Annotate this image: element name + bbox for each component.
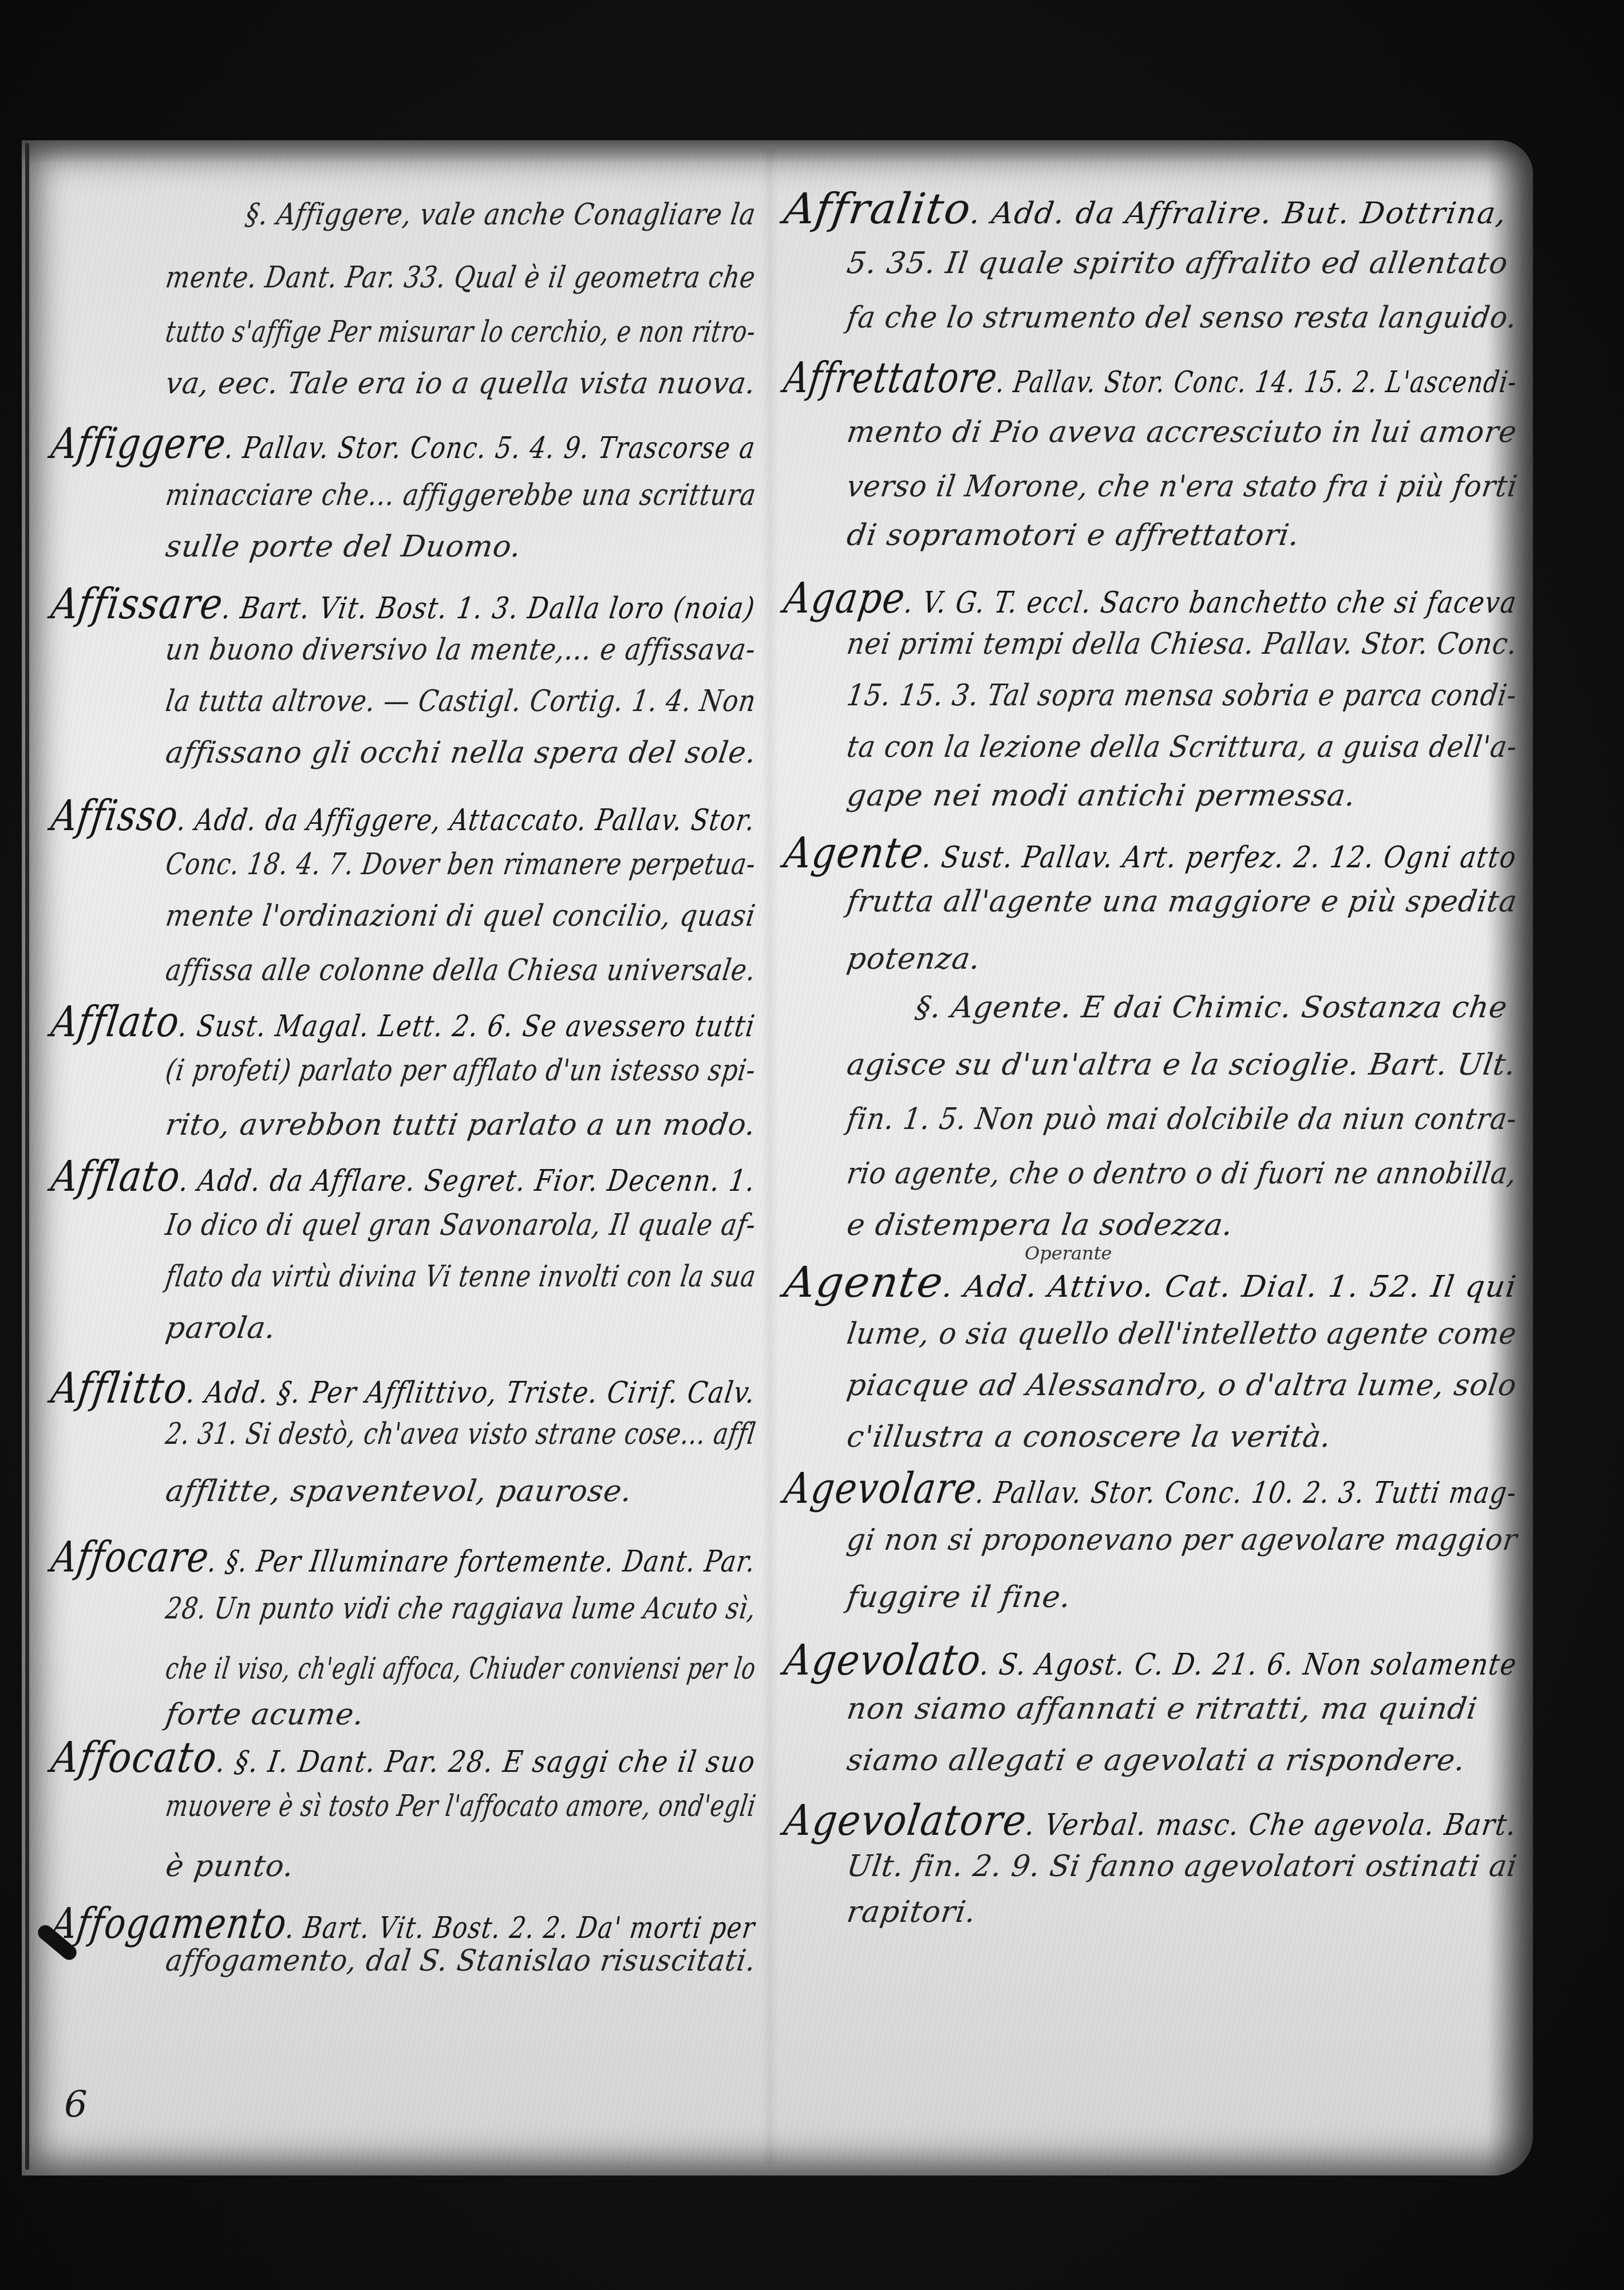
entry-headword-line: Agevolatore. Verbal. masc. Che agevola. … bbox=[781, 1798, 1521, 1848]
entry-headword-line: Agevolato. S. Agost. C. D. 21. 6. Non so… bbox=[781, 1637, 1521, 1688]
entry-text-line: forte acume. bbox=[164, 1697, 366, 1732]
entry-text-line: §. Agente. E dai Chimic. Sostanza che bbox=[914, 990, 1510, 1025]
entry-text-line: ta con la lezione della Scrittura, a gui… bbox=[845, 730, 1519, 764]
headword: Affocato bbox=[49, 1733, 221, 1782]
headword: Agevolare bbox=[781, 1464, 981, 1513]
headword: Affogamento bbox=[49, 1899, 291, 1948]
definition-text: . §. I. Dant. Par. 28. E saggi che il su… bbox=[214, 1745, 758, 1779]
definition-text: . S. Agost. C. D. 21. 6. Non solamente bbox=[978, 1648, 1519, 1682]
page-number: 6 bbox=[64, 2084, 88, 2126]
definition-text: . Pallav. Stor. Conc. 5. 4. 9. Trascorse… bbox=[223, 431, 758, 465]
left-margin-rule bbox=[25, 143, 29, 2170]
entry-text-line: gape nei modi antichi permessa. bbox=[845, 779, 1358, 813]
entry-headword-line: Affiggere. Pallav. Stor. Conc. 5. 4. 9. … bbox=[48, 421, 759, 471]
definition-text: . Pallav. Stor. Conc. 14. 15. 2. L'ascen… bbox=[994, 365, 1519, 400]
headword: Afflitto bbox=[49, 1364, 191, 1413]
entry-text-line: fin. 1. 5. Non può mai dolcibile da niun… bbox=[845, 1102, 1519, 1136]
definition-text: . Bart. Vit. Bost. 2. 2. Da' morti per bbox=[284, 1911, 757, 1945]
definition-text: . Add. da Affiggere, Attaccato. Pallav. … bbox=[175, 803, 757, 838]
definition-text: . Sust. Magal. Lett. 2. 6. Se avessero t… bbox=[177, 1009, 758, 1044]
definition-text: . Add. §. Per Afflittivo, Triste. Cirif.… bbox=[184, 1376, 758, 1410]
entry-text-line: non siamo affannati e ritratti, ma quind… bbox=[845, 1692, 1480, 1726]
entry-text-line: che il viso, ch'egli affoca, Chiuder con… bbox=[164, 1652, 758, 1686]
definition-text: . Bart. Vit. Bost. 1. 3. Dalla loro (noi… bbox=[220, 591, 757, 626]
entry-text-line: mento di Pio aveva accresciuto in lui am… bbox=[845, 415, 1519, 449]
entry-headword-line: Affocato. §. I. Dant. Par. 28. E saggi c… bbox=[48, 1735, 760, 1785]
headword: Affrettatore bbox=[781, 353, 1001, 402]
entry-text-line: gi non si proponevano per agevolare magg… bbox=[845, 1523, 1520, 1557]
entry-text-line: nei primi tempi della Chiesa. Pallav. St… bbox=[845, 627, 1520, 661]
headword: Agevolatore bbox=[781, 1796, 1030, 1845]
entry-text-line: siamo allegati e agevolati a rispondere. bbox=[845, 1743, 1468, 1778]
headword: Affralito bbox=[781, 184, 975, 234]
entry-text-line: fuggire il fine. bbox=[845, 1580, 1073, 1614]
headword: Agente bbox=[781, 1258, 947, 1307]
entry-text-line: c'illustra a conoscere la verità. bbox=[845, 1420, 1334, 1454]
headword: Agente bbox=[781, 828, 927, 878]
entry-headword-line: Afflato. Add. da Afflare. Segret. Fior. … bbox=[48, 1154, 760, 1204]
headword: Afflato bbox=[49, 997, 183, 1047]
entry-text-line: 28. Un punto vidi che raggiava lume Acut… bbox=[164, 1592, 758, 1626]
entry-headword-line: Agente. Sust. Pallav. Art. perfez. 2. 12… bbox=[781, 830, 1520, 881]
entry-headword-line: Affissare. Bart. Vit. Bost. 1. 3. Dalla … bbox=[48, 581, 759, 631]
entry-headword-line: Affocare. §. Per Illuminare fortemente. … bbox=[48, 1534, 760, 1585]
entry-text-line: piacque ad Alessandro, o d'altra lume, s… bbox=[845, 1368, 1519, 1403]
entry-text-line: sulle porte del Duomo. bbox=[164, 530, 524, 564]
entry-text-line: la tutta altrove. — Castigl. Cortig. 1. … bbox=[164, 684, 758, 718]
definition-text: . Add. Attivo. Cat. Dial. 1. 52. Il qui bbox=[941, 1270, 1519, 1304]
definition-text: . Verbal. masc. Che agevola. Bart. bbox=[1024, 1808, 1519, 1842]
entry-text-line: affissa alle colonne della Chiesa univer… bbox=[164, 953, 758, 988]
entry-text-line: 15. 15. 3. Tal sopra mensa sobria e parc… bbox=[845, 678, 1519, 713]
definition-text: . Sust. Pallav. Art. perfez. 2. 12. Ogni… bbox=[920, 840, 1519, 875]
entry-headword-line: Agevolare. Pallav. Stor. Conc. 10. 2. 3.… bbox=[781, 1466, 1521, 1516]
entry-text-line: di sopramotori e affrettatori. bbox=[845, 518, 1302, 552]
entry-text-line: muovere è sì tosto Per l'affocato amore,… bbox=[164, 1789, 758, 1823]
entry-text-line: va, eec. Tale era io a quella vista nuov… bbox=[164, 366, 758, 401]
entry-text-line: 2. 31. Si destò, ch'avea visto strane co… bbox=[164, 1417, 758, 1451]
entry-text-line: verso il Morone, che n'era stato fra i p… bbox=[845, 469, 1520, 504]
entry-text-line: rapitori. bbox=[845, 1895, 978, 1929]
definition-text: . Pallav. Stor. Conc. 10. 2. 3. Tutti ma… bbox=[974, 1476, 1519, 1510]
entry-text-line: è punto. bbox=[164, 1849, 297, 1884]
definition-text: . Add. da Afflare. Segret. Fior. Decenn.… bbox=[177, 1164, 758, 1198]
entry-headword-line: Afflato. Sust. Magal. Lett. 2. 6. Se ave… bbox=[48, 999, 759, 1049]
entry-text-line: tutto s'affige Per misurar lo cerchio, e… bbox=[164, 315, 758, 349]
headword: Affissare bbox=[49, 579, 227, 629]
entry-headword-line: Afflitto. Add. §. Per Afflittivo, Triste… bbox=[48, 1365, 760, 1416]
entry-text-line: affogamento, dal S. Stanislao risuscitat… bbox=[164, 1944, 758, 1978]
entry-text-line: Ult. fin. 2. 9. Si fanno agevolatori ost… bbox=[845, 1849, 1520, 1884]
entry-text-line: fa che lo strumento del senso resta lang… bbox=[845, 301, 1519, 335]
entry-text-line: rio agente, che o dentro o di fuori ne a… bbox=[845, 1156, 1519, 1191]
headword: Agevolato bbox=[781, 1636, 985, 1685]
entry-text-line: lume, o sia quello dell'intelletto agent… bbox=[845, 1317, 1519, 1351]
column-gutter bbox=[761, 149, 779, 2164]
entry-text-line: rito, avrebbon tutti parlato a un modo. bbox=[164, 1108, 758, 1142]
interlinear-insertion: Operante bbox=[1025, 1242, 1112, 1264]
entry-text-line: potenza. bbox=[845, 942, 983, 976]
entry-text-line: agisce su d'un'altra e la scioglie. Bart… bbox=[845, 1048, 1518, 1082]
entry-text-line: mente l'ordinazioni di quel concilio, qu… bbox=[164, 899, 758, 933]
entry-text-line: e distempera la sodezza. bbox=[845, 1208, 1235, 1242]
entry-text-line: frutta all'agente una maggiore e più spe… bbox=[845, 885, 1520, 919]
entry-text-line: §. Affiggere, vale anche Conagliare la bbox=[244, 198, 758, 232]
entry-text-line: afflitte, spaventevol, paurose. bbox=[164, 1474, 634, 1509]
headword: Agape bbox=[781, 574, 909, 623]
entry-headword-line: Affrettatore. Pallav. Stor. Conc. 14. 15… bbox=[781, 355, 1521, 405]
entry-headword-line: Affisso. Add. da Affiggere, Attaccato. P… bbox=[48, 793, 759, 843]
entry-text-line: minacciare che... affiggerebbe una scrit… bbox=[164, 478, 758, 512]
entry-text-line: affissano gli occhi nella spera del sole… bbox=[164, 736, 758, 770]
entry-text-line: un buono diversivo la mente,... e affiss… bbox=[164, 633, 758, 667]
headword: Affiggere bbox=[49, 419, 230, 468]
entry-text-line: Conc. 18. 4. 7. Dover ben rimanere perpe… bbox=[164, 847, 758, 882]
entry-text-line: Io dico di quel gran Savonarola, Il qual… bbox=[164, 1208, 758, 1242]
entry-headword-line: Agente. Add. Attivo. Cat. Dial. 1. 52. I… bbox=[781, 1259, 1521, 1310]
entry-headword-line: Affralito. Add. da Affralire. But. Dottr… bbox=[781, 186, 1511, 236]
definition-text: . Add. da Affralire. But. Dottrina, bbox=[968, 196, 1509, 231]
entry-text-line: mente. Dant. Par. 33. Qual è il geometra… bbox=[164, 260, 758, 295]
definition-text: . §. Per Illuminare fortemente. Dant. Pa… bbox=[206, 1545, 758, 1579]
headword: Affocare bbox=[49, 1533, 213, 1582]
entry-text-line: (i profeti) parlato per afflato d'un ist… bbox=[164, 1053, 758, 1088]
headword: Affisso bbox=[49, 791, 182, 840]
entry-text-line: flato da virtù divina Vi tenne involti c… bbox=[164, 1259, 758, 1294]
entry-headword-line: Agape. V. G. T. eccl. Sacro banchetto ch… bbox=[781, 575, 1521, 626]
headword: Afflato bbox=[49, 1152, 184, 1201]
definition-text: . V. G. T. eccl. Sacro banchetto che si … bbox=[902, 586, 1519, 620]
entry-text-line: parola. bbox=[164, 1311, 278, 1345]
entry-text-line: 5. 35. Il quale spirito affralito ed all… bbox=[845, 246, 1511, 281]
